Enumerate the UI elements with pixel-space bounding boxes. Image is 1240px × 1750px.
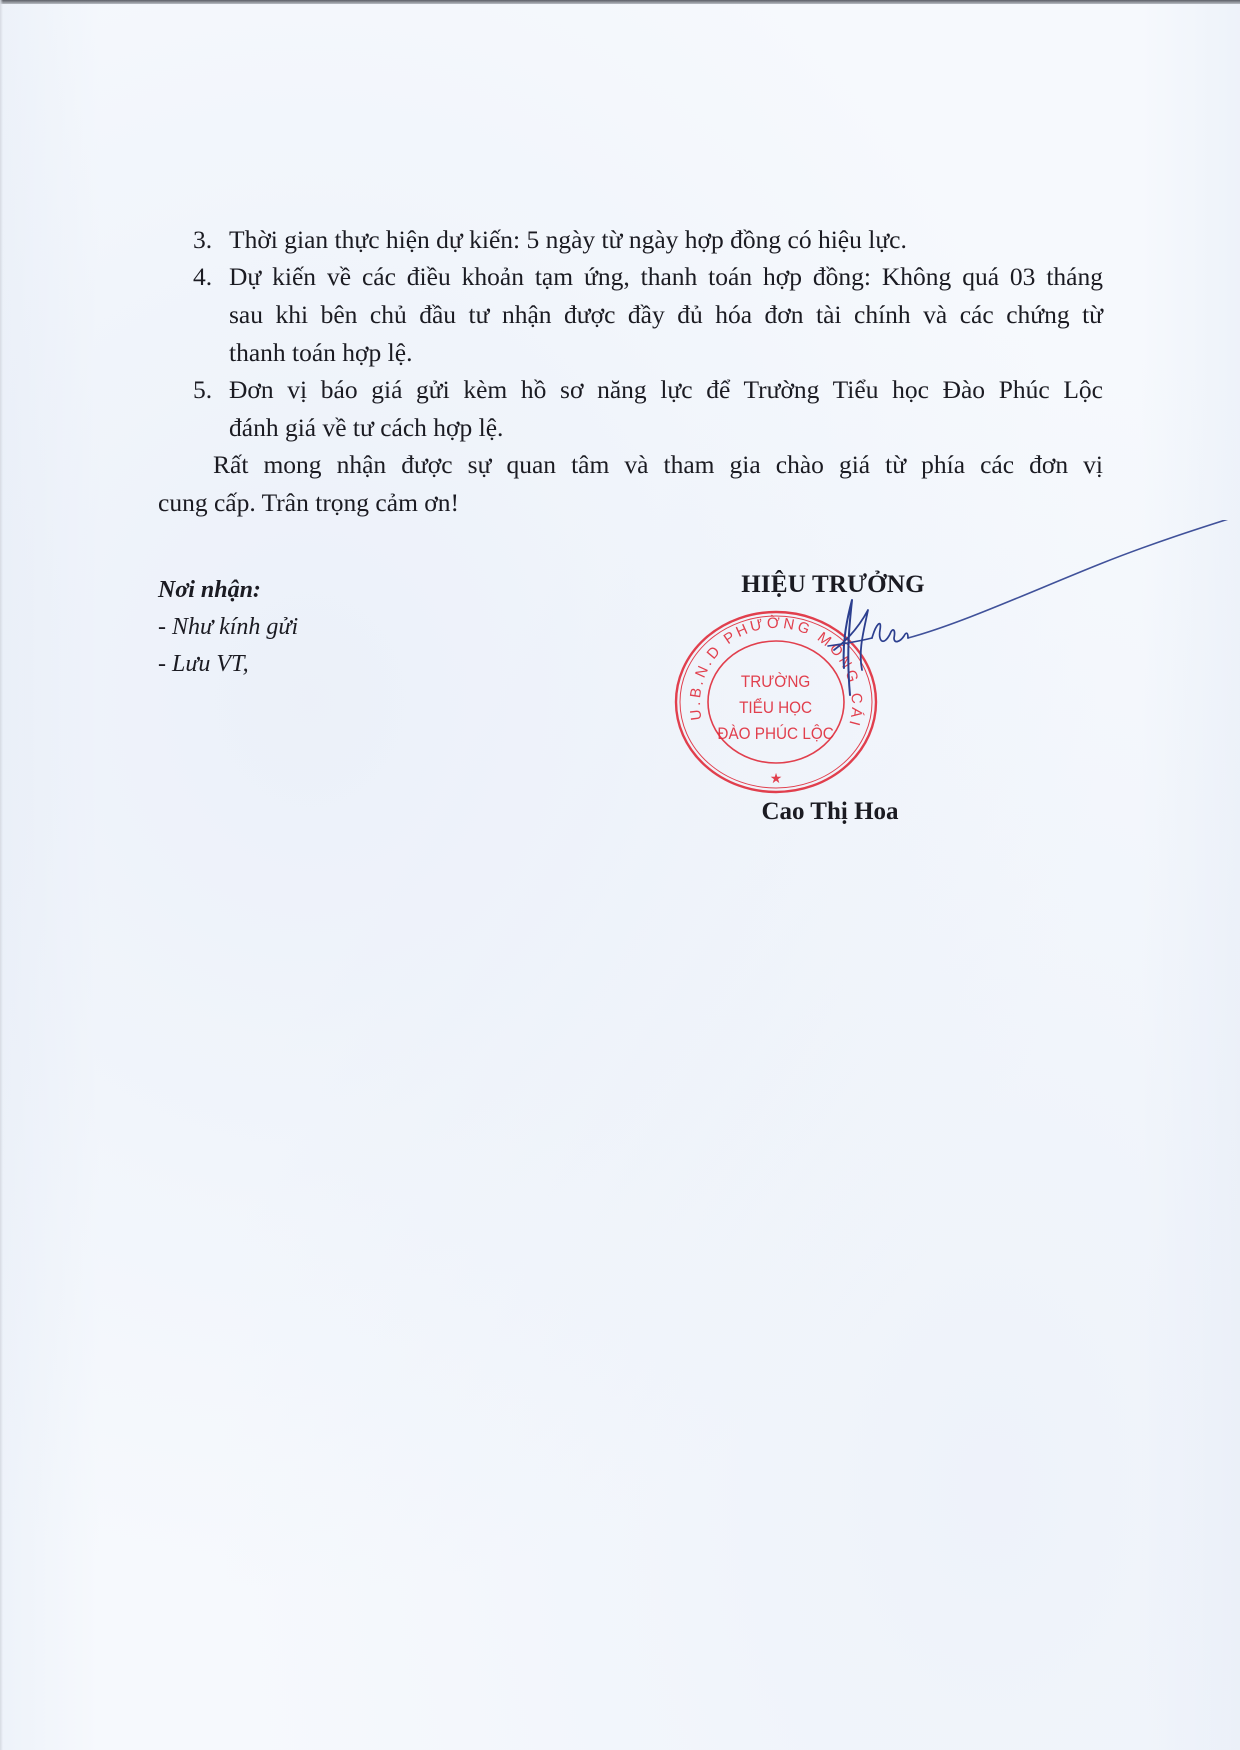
item-number: 5. xyxy=(193,375,212,405)
item-4-line-1: Dự kiến về các điều khoản tạm ứng, thanh… xyxy=(229,262,1103,292)
recipients-title: Nơi nhận: xyxy=(158,577,261,604)
signer-name: Cao Thị Hoa xyxy=(740,798,920,826)
item-5-line-1: Đơn vị báo giá gửi kèm hồ sơ năng lực để… xyxy=(229,375,1103,405)
item-5-line-2: đánh giá về tư cách hợp lệ. xyxy=(229,413,503,443)
stamp-inner-line-2: TIỂU HỌC xyxy=(739,697,812,717)
closing-line-2: cung cấp. Trân trọng cảm ơn! xyxy=(158,488,459,518)
scan-edge-left xyxy=(0,0,3,1750)
handwritten-signature xyxy=(820,520,1240,720)
closing-line-1: Rất mong nhận được sự quan tâm và tham g… xyxy=(213,450,1103,480)
item-4-line-3: thanh toán hợp lệ. xyxy=(229,338,412,368)
item-4-line-2: sau khi bên chủ đầu tư nhận được đầy đủ … xyxy=(229,300,1103,330)
recipient-item: - Lưu VT, xyxy=(158,651,249,678)
stamp-inner-line-3: ĐÀO PHÚC LỘC xyxy=(717,723,834,743)
item-3-line-1: Thời gian thực hiện dự kiến: 5 ngày từ n… xyxy=(229,225,907,255)
scan-edge-top xyxy=(0,0,1240,4)
star-icon: ★ xyxy=(770,770,783,786)
item-number: 4. xyxy=(193,262,212,292)
item-number: 3. xyxy=(193,225,212,255)
recipient-item: - Như kính gửi xyxy=(158,614,298,641)
stamp-inner-line-1: TRƯỜNG xyxy=(741,671,810,691)
